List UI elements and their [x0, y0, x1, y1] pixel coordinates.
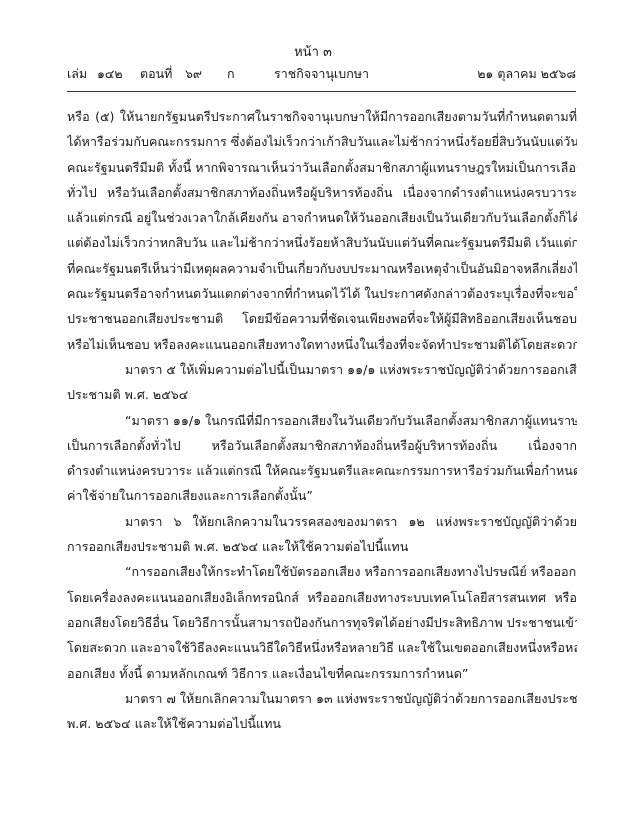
- issue-label: ตอนที่: [140, 64, 172, 84]
- text-line: แต่ต้องไม่เร็วกว่าหกสิบวัน และไม่ช้ากว่า…: [67, 230, 577, 255]
- text-line: คณะรัฐมนตรีมีมติ ทั้งนี้ หากพิจารณาเห็นว…: [67, 155, 577, 180]
- text-line: “การออกเสียงให้กระทำโดยใช้บัตรออกเสียง ห…: [67, 559, 577, 584]
- text-line: การออกเสียงประชามติ พ.ศ. ๒๕๖๔ และให้ใช้ค…: [67, 534, 577, 559]
- text-line: คณะรัฐมนตรีอาจกำหนดวันแตกต่างจากที่กำหนด…: [67, 281, 577, 306]
- text-line: โดยเครื่องลงคะแนนออกเสียงอิเล็กทรอนิกส์ …: [67, 585, 577, 610]
- text-line: แล้วแต่กรณี อยู่ในช่วงเวลาใกล้เคียงกัน อ…: [67, 205, 577, 230]
- text-line: หรือ (๕) ให้นายกรัฐมนตรีประกาศในราชกิจจา…: [67, 104, 577, 129]
- text-line: “มาตรา ๑๑/๑ ในกรณีที่มีการออกเสียงในวันเ…: [67, 408, 577, 433]
- text-line: ค่าใช้จ่ายในการออกเสียงและการเลือกตั้งนั…: [67, 483, 577, 508]
- part-letter: ก: [227, 64, 235, 84]
- text-line: พ.ศ. ๒๕๖๔ และให้ใช้ความต่อไปนี้แทน: [67, 711, 577, 736]
- text-line: มาตรา ๖ ให้ยกเลิกความในวรรคสองของมาตรา ๑…: [67, 509, 577, 534]
- issue-number: ๖๙: [185, 64, 202, 84]
- volume-label: เล่ม: [67, 64, 87, 84]
- text-line: ทั่วไป หรือวันเลือกตั้งสมาชิกสภาท้องถิ่น…: [67, 180, 577, 205]
- volume-number: ๑๔๒: [97, 64, 123, 84]
- document-body: หรือ (๕) ให้นายกรัฐมนตรีประกาศในราชกิจจา…: [67, 104, 577, 736]
- text-line: ได้หารือร่วมกับคณะกรรมการ ซึ่งต้องไม่เร็…: [67, 129, 577, 154]
- page-number: หน้า ๓: [0, 41, 626, 62]
- header-divider: [67, 91, 576, 92]
- publication-name: ราชกิจจานุเบกษา: [274, 64, 369, 84]
- text-line: ออกเสียงโดยวิธีอื่น โดยวิธีการนั้นสามารถ…: [67, 610, 577, 635]
- text-line: ดำรงตำแหน่งครบวาระ แล้วแต่กรณี ให้คณะรัฐ…: [67, 458, 577, 483]
- text-line: มาตรา ๕ ให้เพิ่มความต่อไปนี้เป็นมาตรา ๑๑…: [67, 357, 577, 382]
- text-line: ที่คณะรัฐมนตรีเห็นว่ามีเหตุผลความจำเป็นเ…: [67, 256, 577, 281]
- text-line: หรือไม่เห็นชอบ หรือลงคะแนนออกเสียงทางใดท…: [67, 332, 577, 357]
- publication-date: ๒๑ ตุลาคม ๒๕๖๘: [477, 64, 576, 84]
- text-line: ออกเสียง ทั้งนี้ ตามหลักเกณฑ์ วิธีการ แล…: [67, 661, 577, 686]
- text-line: มาตรา ๗ ให้ยกเลิกความในมาตรา ๑๓ แห่งพระร…: [67, 686, 577, 711]
- gazette-header: เล่ม ๑๔๒ ตอนที่ ๖๙ ก ราชกิจจานุเบกษา ๒๑ …: [67, 64, 576, 86]
- text-line: เป็นการเลือกตั้งทั่วไป หรือวันเลือกตั้งส…: [67, 433, 577, 458]
- text-line: ประชาชนออกเสียงประชามติ โดยมีข้อความที่ช…: [67, 306, 577, 331]
- text-line: โดยสะดวก และอาจใช้วิธีลงคะแนนวิธีใดวิธีห…: [67, 635, 577, 660]
- text-line: ประชามติ พ.ศ. ๒๕๖๔: [67, 382, 577, 407]
